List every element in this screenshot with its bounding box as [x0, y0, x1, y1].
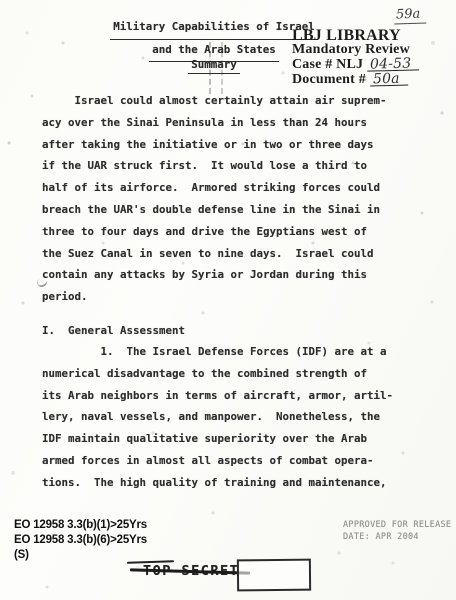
- body-paragraph-1: 1. The Israel Defense Forces (IDF) are a…: [42, 341, 393, 494]
- approved-for-release-stamp: APPROVED FOR RELEASE DATE: APR 2004: [343, 520, 451, 543]
- stamp-document-number-handwritten: 50a: [370, 72, 408, 86]
- title-line-1: Military Capabilities of Israel: [110, 17, 318, 40]
- scan-noise-speckles: [0, 0, 2, 2]
- handwritten-page-number: 59a: [394, 6, 427, 24]
- scanned-document-page: Military Capabilities of Israel and the …: [0, 0, 456, 600]
- section-heading-general-assessment: I. General Assessment: [42, 320, 185, 342]
- stamp-document-label: Document #: [292, 72, 366, 87]
- eo-declassification-stamp: EO 12958 3.3(b)(1)>25Yrs EO 12958 3.3(b)…: [14, 518, 147, 563]
- summary-heading: Summary: [40, 58, 388, 74]
- stamp-document-row: Document #50a: [292, 73, 420, 88]
- summary-paragraph: Israel could almost certainly attain air…: [42, 90, 387, 308]
- stamp-library-name: LBJ LIBRARY: [292, 28, 420, 43]
- empty-stamp-box: [237, 559, 311, 592]
